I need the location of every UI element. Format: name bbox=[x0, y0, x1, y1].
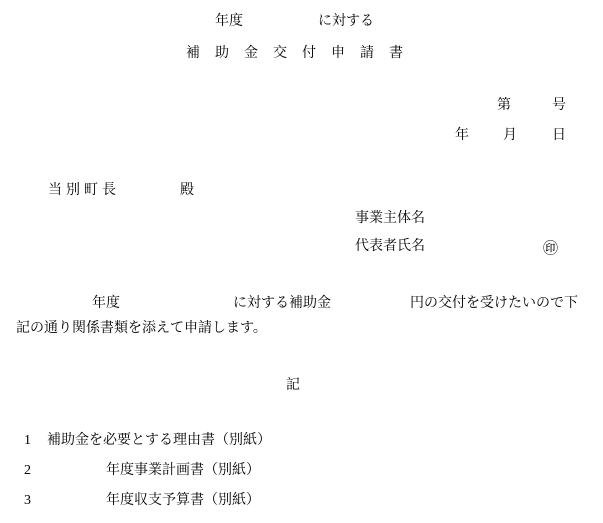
date-month-label: 月 bbox=[503, 128, 517, 144]
attachment-text: 補助金を必要とする理由書（別紙） bbox=[47, 433, 271, 449]
seal-mark-icon: ㊞ bbox=[543, 241, 558, 257]
body-year-label: 年度 bbox=[92, 296, 120, 312]
body-closing-sentence: 記の通り関係書類を添えて申請します。 bbox=[16, 321, 267, 337]
note-heading: 記 bbox=[286, 378, 300, 394]
applicant-entity-label: 事業主体名 bbox=[355, 211, 425, 227]
document-page: 年度 に対する 補助金交付申請書 第 号 年 月 日 当別町長 殿 事業主体名 … bbox=[0, 0, 603, 523]
doc-number-prefix: 第 bbox=[497, 98, 511, 114]
header-year-label: 年度 bbox=[215, 14, 243, 30]
attachment-number: 3 bbox=[24, 493, 31, 509]
addressee-honorific: 殿 bbox=[180, 183, 194, 199]
body-subsidy-phrase: に対する補助金 bbox=[233, 296, 331, 312]
header-subject-suffix: に対する bbox=[318, 14, 374, 30]
date-year-label: 年 bbox=[455, 128, 469, 144]
body-amount-phrase: 円の交付を受けたいので下 bbox=[410, 296, 578, 312]
document-title: 補助金交付申請書 bbox=[186, 46, 418, 62]
attachment-text: 年度事業計画書（別紙） bbox=[106, 463, 260, 479]
attachment-number: 2 bbox=[24, 463, 31, 479]
doc-number-suffix: 号 bbox=[552, 98, 566, 114]
addressee-name: 当別町長 bbox=[48, 183, 120, 199]
attachment-text: 年度収支予算書（別紙） bbox=[106, 493, 260, 509]
applicant-representative-label: 代表者氏名 bbox=[355, 239, 425, 255]
date-day-label: 日 bbox=[552, 128, 566, 144]
attachment-number: 1 bbox=[24, 433, 31, 449]
